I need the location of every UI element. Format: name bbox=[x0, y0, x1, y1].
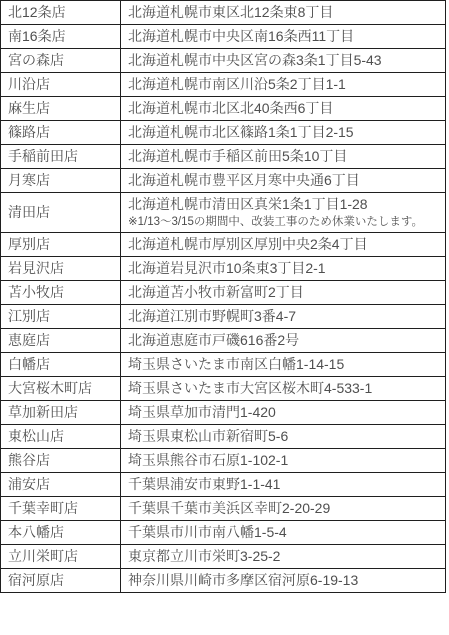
store-name: 江別店 bbox=[8, 308, 50, 324]
store-name: 厚別店 bbox=[8, 236, 50, 252]
table-row: 立川栄町店 東京都立川市栄町3-25-2 bbox=[1, 545, 446, 569]
store-address-cell: 千葉県千葉市美浜区幸町2-20-29 bbox=[121, 497, 446, 521]
table-row: 南16条店 北海道札幌市中央区南16条西11丁目 bbox=[1, 25, 446, 49]
store-address: 埼玉県さいたま市南区白幡1-14-15 bbox=[128, 355, 438, 374]
store-address: 北海道恵庭市戸磯616番2号 bbox=[128, 331, 438, 350]
store-address: 埼玉県東松山市新宿町5-6 bbox=[128, 427, 438, 446]
store-address-cell: 北海道岩見沢市10条東3丁目2-1 bbox=[121, 257, 446, 281]
store-name: 岩見沢店 bbox=[8, 260, 64, 276]
table-row: 恵庭店 北海道恵庭市戸磯616番2号 bbox=[1, 329, 446, 353]
table-row: 白幡店 埼玉県さいたま市南区白幡1-14-15 bbox=[1, 353, 446, 377]
store-address: 神奈川県川崎市多摩区宿河原6-19-13 bbox=[128, 571, 438, 590]
store-name-cell: 麻生店 bbox=[1, 97, 121, 121]
store-address: 北海道札幌市中央区南16条西11丁目 bbox=[128, 27, 438, 46]
table-row: 手稲前田店 北海道札幌市手稲区前田5条10丁目 bbox=[1, 145, 446, 169]
store-address-cell: 千葉県浦安市東野1-1-41 bbox=[121, 473, 446, 497]
store-name: 立川栄町店 bbox=[8, 548, 78, 564]
table-row: 本八幡店 千葉県市川市南八幡1-5-4 bbox=[1, 521, 446, 545]
store-name-cell: 白幡店 bbox=[1, 353, 121, 377]
store-name-cell: 宮の森店 bbox=[1, 49, 121, 73]
store-address: 埼玉県熊谷市石原1-102-1 bbox=[128, 451, 438, 470]
store-name-cell: 篠路店 bbox=[1, 121, 121, 145]
store-address-cell: 北海道札幌市北区北40条西6丁目 bbox=[121, 97, 446, 121]
store-address: 千葉県浦安市東野1-1-41 bbox=[128, 475, 438, 494]
store-address-cell: 北海道恵庭市戸磯616番2号 bbox=[121, 329, 446, 353]
table-row: 清田店 北海道札幌市清田区真栄1条1丁目1-28 ※1/13〜3/15の期間中、… bbox=[1, 193, 446, 233]
store-name-cell: 手稲前田店 bbox=[1, 145, 121, 169]
store-name: 恵庭店 bbox=[8, 332, 50, 348]
store-address-cell: 北海道苫小牧市新富町2丁目 bbox=[121, 281, 446, 305]
store-address-cell: 東京都立川市栄町3-25-2 bbox=[121, 545, 446, 569]
store-address-cell: 埼玉県東松山市新宿町5-6 bbox=[121, 425, 446, 449]
store-address: 埼玉県さいたま市大宮区桜木町4-533-1 bbox=[128, 379, 438, 398]
store-address-cell: 北海道札幌市南区川沿5条2丁目1-1 bbox=[121, 73, 446, 97]
store-name: 浦安店 bbox=[8, 476, 50, 492]
store-name: 麻生店 bbox=[8, 100, 50, 116]
table-row: 岩見沢店 北海道岩見沢市10条東3丁目2-1 bbox=[1, 257, 446, 281]
store-closure-note: ※1/13〜3/15の期間中、改装工事のため休業いたします。 bbox=[128, 215, 438, 230]
store-name-cell: 厚別店 bbox=[1, 233, 121, 257]
table-row: 苫小牧店 北海道苫小牧市新富町2丁目 bbox=[1, 281, 446, 305]
store-address: 北海道札幌市東区北12条東8丁目 bbox=[128, 3, 438, 22]
store-address-cell: 北海道江別市野幌町3番4-7 bbox=[121, 305, 446, 329]
store-name-cell: 北12条店 bbox=[1, 1, 121, 25]
store-address: 東京都立川市栄町3-25-2 bbox=[128, 547, 438, 566]
store-address: 北海道江別市野幌町3番4-7 bbox=[128, 307, 438, 326]
store-name: 苫小牧店 bbox=[8, 284, 64, 300]
store-address-cell: 北海道札幌市北区篠路1条1丁目2-15 bbox=[121, 121, 446, 145]
store-address: 北海道札幌市豊平区月寒中央通6丁目 bbox=[128, 171, 438, 190]
store-name: 白幡店 bbox=[8, 356, 50, 372]
table-row: 千葉幸町店 千葉県千葉市美浜区幸町2-20-29 bbox=[1, 497, 446, 521]
store-name: 草加新田店 bbox=[8, 404, 78, 420]
store-address-cell: 埼玉県さいたま市大宮区桜木町4-533-1 bbox=[121, 377, 446, 401]
store-name-cell: 東松山店 bbox=[1, 425, 121, 449]
store-address: 千葉県千葉市美浜区幸町2-20-29 bbox=[128, 499, 438, 518]
store-name-cell: 清田店 bbox=[1, 193, 121, 233]
store-name: 大宮桜木町店 bbox=[8, 380, 92, 396]
store-name-cell: 恵庭店 bbox=[1, 329, 121, 353]
table-row: 宮の森店 北海道札幌市中央区宮の森3条1丁目5-43 bbox=[1, 49, 446, 73]
store-name: 月寒店 bbox=[8, 172, 50, 188]
store-address-cell: 北海道札幌市中央区南16条西11丁目 bbox=[121, 25, 446, 49]
store-name-cell: 月寒店 bbox=[1, 169, 121, 193]
store-name-cell: 千葉幸町店 bbox=[1, 497, 121, 521]
store-name-cell: 川沿店 bbox=[1, 73, 121, 97]
store-name: 宿河原店 bbox=[8, 572, 64, 588]
store-name-cell: 南16条店 bbox=[1, 25, 121, 49]
store-address: 北海道札幌市清田区真栄1条1丁目1-28 bbox=[128, 195, 438, 214]
store-address-cell: 埼玉県熊谷市石原1-102-1 bbox=[121, 449, 446, 473]
table-row: 江別店 北海道江別市野幌町3番4-7 bbox=[1, 305, 446, 329]
store-name-cell: 熊谷店 bbox=[1, 449, 121, 473]
store-name: 東松山店 bbox=[8, 428, 64, 444]
store-name-cell: 苫小牧店 bbox=[1, 281, 121, 305]
store-address-cell: 千葉県市川市南八幡1-5-4 bbox=[121, 521, 446, 545]
table-row: 浦安店 千葉県浦安市東野1-1-41 bbox=[1, 473, 446, 497]
store-name-cell: 大宮桜木町店 bbox=[1, 377, 121, 401]
store-address-cell: 北海道札幌市手稲区前田5条10丁目 bbox=[121, 145, 446, 169]
store-address-cell: 北海道札幌市東区北12条東8丁目 bbox=[121, 1, 446, 25]
store-address: 千葉県市川市南八幡1-5-4 bbox=[128, 523, 438, 542]
store-name: 千葉幸町店 bbox=[8, 500, 78, 516]
store-address-cell: 神奈川県川崎市多摩区宿河原6-19-13 bbox=[121, 569, 446, 593]
table-row: 麻生店 北海道札幌市北区北40条西6丁目 bbox=[1, 97, 446, 121]
store-address-table: 北12条店 北海道札幌市東区北12条東8丁目 南16条店 北海道札幌市中央区南1… bbox=[0, 0, 446, 593]
store-address-cell: 埼玉県草加市清門1-420 bbox=[121, 401, 446, 425]
table-row: 篠路店 北海道札幌市北区篠路1条1丁目2-15 bbox=[1, 121, 446, 145]
store-name-cell: 草加新田店 bbox=[1, 401, 121, 425]
store-address: 北海道札幌市中央区宮の森3条1丁目5-43 bbox=[128, 51, 438, 70]
store-name-cell: 宿河原店 bbox=[1, 569, 121, 593]
store-table-body: 北12条店 北海道札幌市東区北12条東8丁目 南16条店 北海道札幌市中央区南1… bbox=[1, 1, 446, 593]
table-row: 厚別店 北海道札幌市厚別区厚別中央2条4丁目 bbox=[1, 233, 446, 257]
store-name: 宮の森店 bbox=[8, 52, 64, 68]
store-name-cell: 江別店 bbox=[1, 305, 121, 329]
table-row: 川沿店 北海道札幌市南区川沿5条2丁目1-1 bbox=[1, 73, 446, 97]
store-name: 本八幡店 bbox=[8, 524, 64, 540]
store-address-cell: 北海道札幌市清田区真栄1条1丁目1-28 ※1/13〜3/15の期間中、改装工事… bbox=[121, 193, 446, 233]
store-address: 埼玉県草加市清門1-420 bbox=[128, 403, 438, 422]
store-name: 熊谷店 bbox=[8, 452, 50, 468]
table-row: 大宮桜木町店 埼玉県さいたま市大宮区桜木町4-533-1 bbox=[1, 377, 446, 401]
store-name: 篠路店 bbox=[8, 124, 50, 140]
table-row: 東松山店 埼玉県東松山市新宿町5-6 bbox=[1, 425, 446, 449]
store-address-cell: 北海道札幌市厚別区厚別中央2条4丁目 bbox=[121, 233, 446, 257]
store-name: 北12条店 bbox=[8, 4, 66, 20]
store-address: 北海道苫小牧市新富町2丁目 bbox=[128, 283, 438, 302]
store-name-cell: 本八幡店 bbox=[1, 521, 121, 545]
table-row: 草加新田店 埼玉県草加市清門1-420 bbox=[1, 401, 446, 425]
store-address-cell: 北海道札幌市中央区宮の森3条1丁目5-43 bbox=[121, 49, 446, 73]
store-address: 北海道岩見沢市10条東3丁目2-1 bbox=[128, 259, 438, 278]
store-address: 北海道札幌市北区篠路1条1丁目2-15 bbox=[128, 123, 438, 142]
store-address: 北海道札幌市手稲区前田5条10丁目 bbox=[128, 147, 438, 166]
store-address-cell: 北海道札幌市豊平区月寒中央通6丁目 bbox=[121, 169, 446, 193]
store-name-cell: 立川栄町店 bbox=[1, 545, 121, 569]
table-row: 北12条店 北海道札幌市東区北12条東8丁目 bbox=[1, 1, 446, 25]
store-name-cell: 岩見沢店 bbox=[1, 257, 121, 281]
store-name-cell: 浦安店 bbox=[1, 473, 121, 497]
table-row: 月寒店 北海道札幌市豊平区月寒中央通6丁目 bbox=[1, 169, 446, 193]
store-address: 北海道札幌市北区北40条西6丁目 bbox=[128, 99, 438, 118]
table-row: 宿河原店 神奈川県川崎市多摩区宿河原6-19-13 bbox=[1, 569, 446, 593]
store-address-cell: 埼玉県さいたま市南区白幡1-14-15 bbox=[121, 353, 446, 377]
store-name: 川沿店 bbox=[8, 76, 50, 92]
store-address: 北海道札幌市南区川沿5条2丁目1-1 bbox=[128, 75, 438, 94]
store-name: 清田店 bbox=[8, 204, 50, 220]
table-row: 熊谷店 埼玉県熊谷市石原1-102-1 bbox=[1, 449, 446, 473]
store-name: 手稲前田店 bbox=[8, 148, 78, 164]
store-name: 南16条店 bbox=[8, 28, 66, 44]
store-address: 北海道札幌市厚別区厚別中央2条4丁目 bbox=[128, 235, 438, 254]
